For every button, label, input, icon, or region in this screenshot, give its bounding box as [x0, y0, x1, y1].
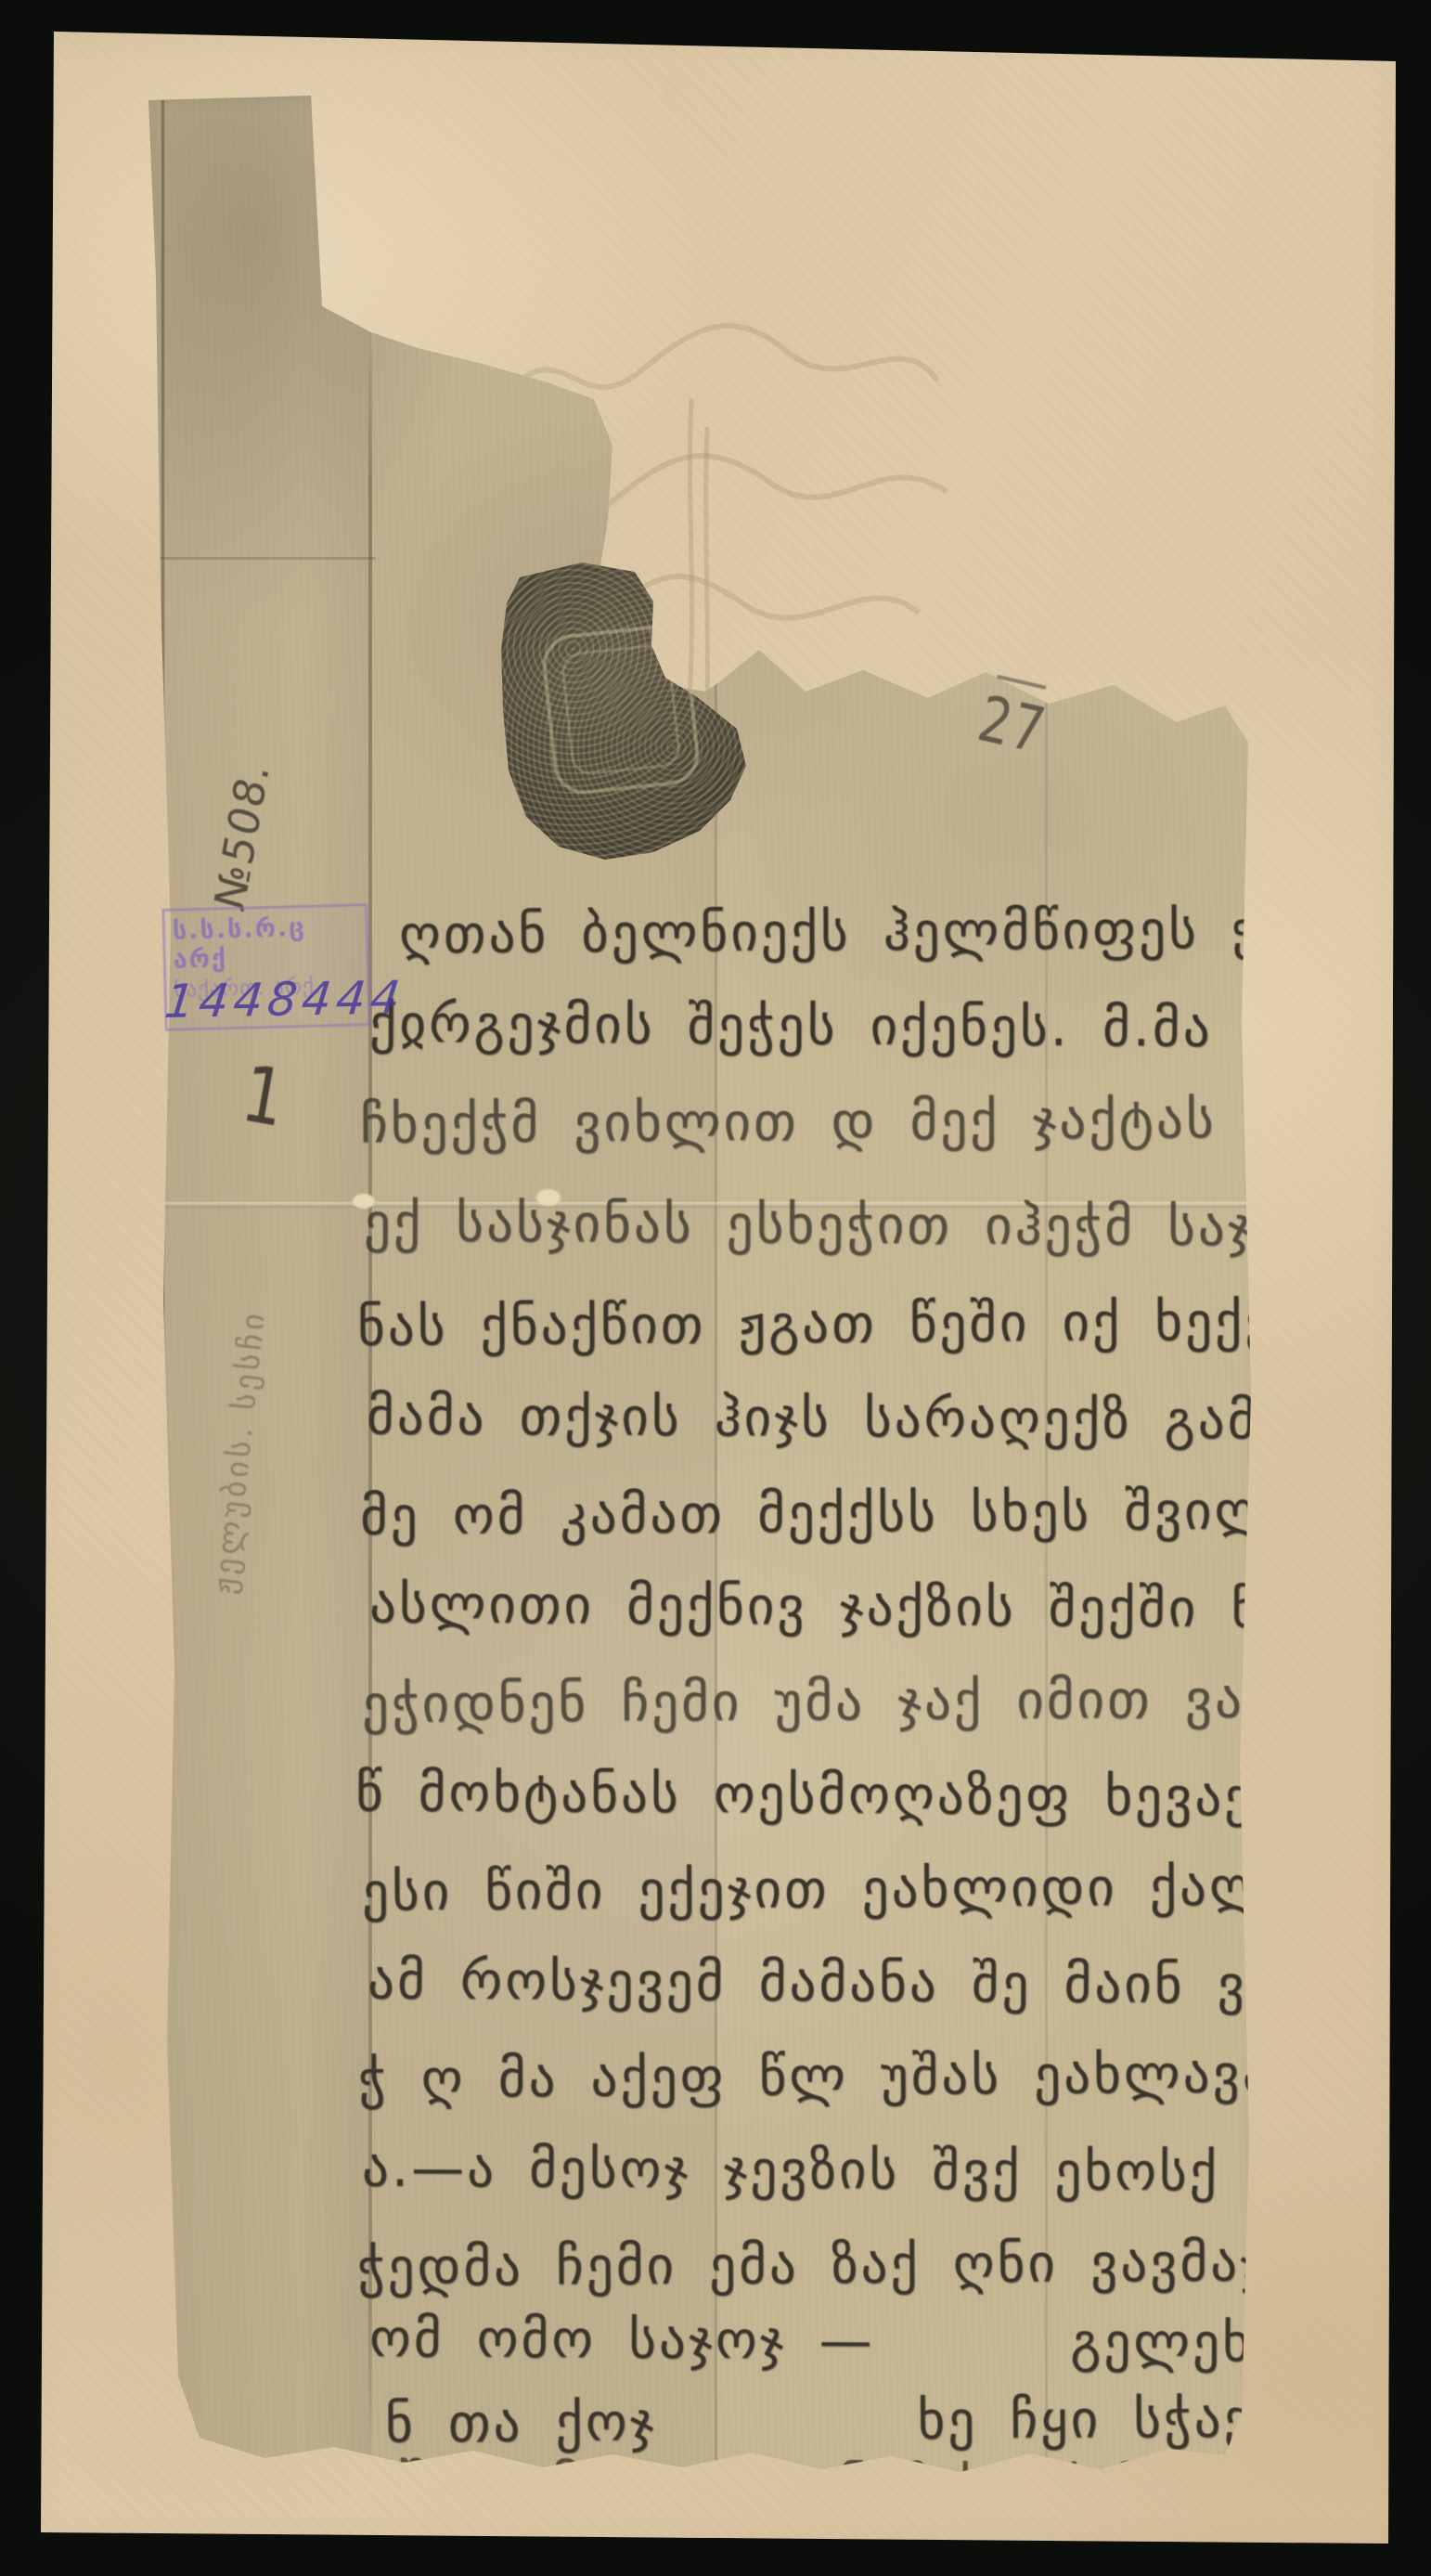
horizontal-fold-crease	[144, 557, 376, 560]
manuscript-line: ასლითი მექნივ ჯაქზის შექში წამავ	[369, 1578, 1381, 1637]
archival-scan: ღთან ბელნიექს ჰელმწიფეს ჭირჟ მასლექ ქჲრგ…	[0, 0, 1431, 2576]
manuscript-line: ესი წიში ექეჯით ეახლიდი ქალზში	[362, 1860, 1359, 1920]
manuscript-line: ნ თა ქოჯ ხე ჩყი სჭაქ —	[385, 2392, 1342, 2451]
manuscript-line: ეჭიდნენ ჩემი უმა ჯაქ იმით ვაქექ	[362, 1673, 1334, 1731]
manuscript-line: ა.—ა მესოჯ ჯევზის შვქ ეხოსქ მე	[362, 2142, 1312, 2199]
manuscript-line: ჭედმა ჩემი ემა ზაქ ღნი ვავმაჯ	[357, 2236, 1267, 2295]
manuscript-line: ჭ ღ მა აქეფ წლ უშას ეახლავა	[358, 2048, 1272, 2106]
archive-stamp-number: 1448444	[162, 971, 407, 1029]
archive-stamp-line1: ს.ს.ს.რ.ც არქ	[173, 912, 360, 974]
manuscript-line: ამ როსჯევემ მამანა შე მაინ ვას	[367, 1954, 1308, 2012]
manuscript-line: მამა თქჯის ჰიჯს სარაღექზ გამიხდა	[367, 1390, 1395, 1448]
